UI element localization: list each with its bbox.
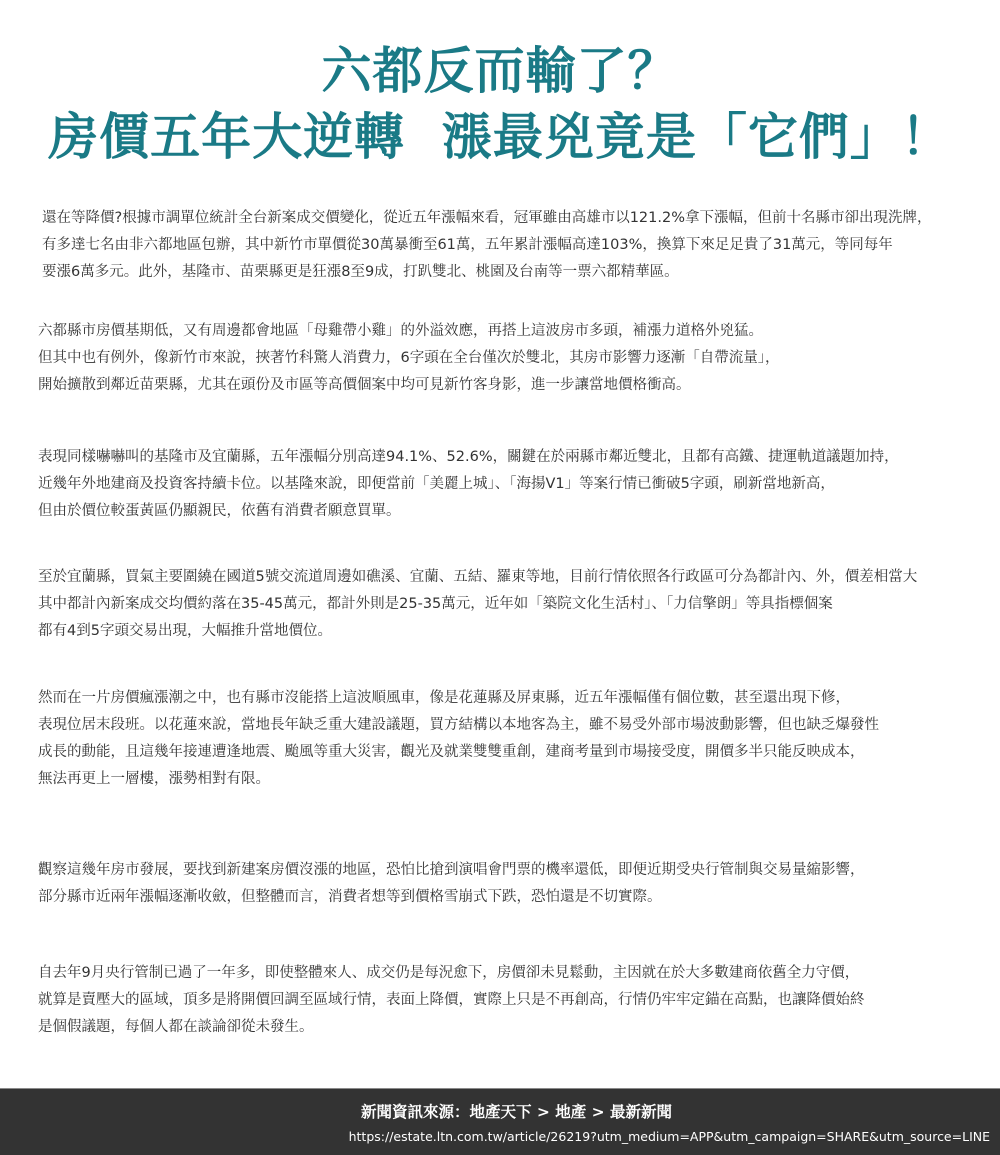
paragraph-line: 其中都計內新案成交均價約落在35-45萬元，都計外則是25-35萬元，近年如「築… <box>38 591 998 618</box>
news-source-label: 新聞資訊來源：地產天下 > 地產 > 最新新聞 <box>361 1100 672 1122</box>
paragraph-line: 成長的動能，且這幾年接連遭逢地震、颱風等重大災害，觀光及就業雙雙重創，建商考量到… <box>38 739 998 766</box>
paragraph-line: 六都縣市房價基期低，又有周邊都會地區「母雞帶小雞」的外溢效應，再搭上這波房市多頭… <box>38 318 998 345</box>
paragraph-5: 然而在一片房價瘋漲潮之中，也有縣市沒能搭上這波順風車，像是花蓮縣及屏東縣，近五年… <box>38 685 998 793</box>
paragraph-line: 都有4到5字頭交易出現，大幅推升當地價位。 <box>38 618 998 645</box>
article-headline: 六都反而輸了？ 房價五年大逆轉 漲最兇竟是「它們」！ <box>0 38 1000 170</box>
paragraph-line: 近幾年外地建商及投資客持續卡位。以基隆來說，即便當前「美麗上城」、「海揚V1」等… <box>38 471 998 498</box>
paragraph-line: 至於宜蘭縣，買氣主要圍繞在國道5號交流道周邊如礁溪、宜蘭、五結、羅東等地，目前行… <box>38 564 998 591</box>
paragraph-line: 自去年9月央行管制已過了一年多，即使整體來人、成交仍是每況愈下，房價卻未見鬆動，… <box>38 960 998 987</box>
paragraph-4: 至於宜蘭縣，買氣主要圍繞在國道5號交流道周邊如礁溪、宜蘭、五結、羅東等地，目前行… <box>38 564 998 645</box>
headline-line-2: 房價五年大逆轉 漲最兇竟是「它們」！ <box>0 104 1000 170</box>
paragraph-7: 自去年9月央行管制已過了一年多，即使整體來人、成交仍是每況愈下，房價卻未見鬆動，… <box>38 960 998 1041</box>
paragraph-6: 觀察這幾年房市發展，要找到新建案房價沒漲的地區，恐怕比搶到演唱會門票的機率還低，… <box>38 857 998 911</box>
paragraph-line: 開始擴散到鄰近苗栗縣，尤其在頭份及市區等高價個案中均可見新竹客身影，進一步讓當地… <box>38 372 998 399</box>
paragraph-line: 但由於價位較蛋黃區仍顯親民，依舊有消費者願意買單。 <box>38 498 998 525</box>
paragraph-line: 無法再更上一層樓，漲勢相對有限。 <box>38 766 998 793</box>
paragraph-line: 表現同樣嚇嚇叫的基隆市及宜蘭縣，五年漲幅分別高達94.1%、52.6%，關鍵在於… <box>38 444 998 471</box>
paragraph-line: 要漲6萬多元。此外，基隆市、苗栗縣更是狂漲8至9成，打趴雙北、桃園及台南等一票六… <box>42 259 1000 286</box>
source-footer: 新聞資訊來源：地產天下 > 地產 > 最新新聞 https://estate.l… <box>0 1088 1000 1155</box>
paragraph-line: 然而在一片房價瘋漲潮之中，也有縣市沒能搭上這波順風車，像是花蓮縣及屏東縣，近五年… <box>38 685 998 712</box>
paragraph-line: 部分縣市近兩年漲幅逐漸收斂，但整體而言，消費者想等到價格雪崩式下跌，恐怕還是不切… <box>38 884 998 911</box>
paragraph-line: 還在等降價?根據市調單位統計全台新案成交價變化，從近五年漲幅來看，冠軍雖由高雄市… <box>42 205 1000 232</box>
source-url-link[interactable]: https://estate.ltn.com.tw/article/26219?… <box>349 1129 990 1144</box>
paragraph-1: 還在等降價?根據市調單位統計全台新案成交價變化，從近五年漲幅來看，冠軍雖由高雄市… <box>42 205 1000 286</box>
paragraph-line: 就算是賣壓大的區域，頂多是將開價回調至區域行情，表面上降價，實際上只是不再創高，… <box>38 987 998 1014</box>
paragraph-line: 觀察這幾年房市發展，要找到新建案房價沒漲的地區，恐怕比搶到演唱會門票的機率還低，… <box>38 857 998 884</box>
paragraph-3: 表現同樣嚇嚇叫的基隆市及宜蘭縣，五年漲幅分別高達94.1%、52.6%，關鍵在於… <box>38 444 998 525</box>
paragraph-line: 有多達七名由非六都地區包辦，其中新竹市單價從30萬暴衝至61萬，五年累計漲幅高達… <box>42 232 1000 259</box>
paragraph-line: 但其中也有例外，像新竹市來說，挾著竹科驚人消費力，6字頭在全台僅次於雙北，其房市… <box>38 345 998 372</box>
paragraph-line: 表現位居末段班。以花蓮來說，當地長年缺乏重大建設議題，買方結構以本地客為主，雖不… <box>38 712 998 739</box>
paragraph-2: 六都縣市房價基期低，又有周邊都會地區「母雞帶小雞」的外溢效應，再搭上這波房市多頭… <box>38 318 998 399</box>
paragraph-line: 是個假議題，每個人都在談論卻從未發生。 <box>38 1014 998 1041</box>
headline-line-1: 六都反而輸了？ <box>0 38 1000 104</box>
